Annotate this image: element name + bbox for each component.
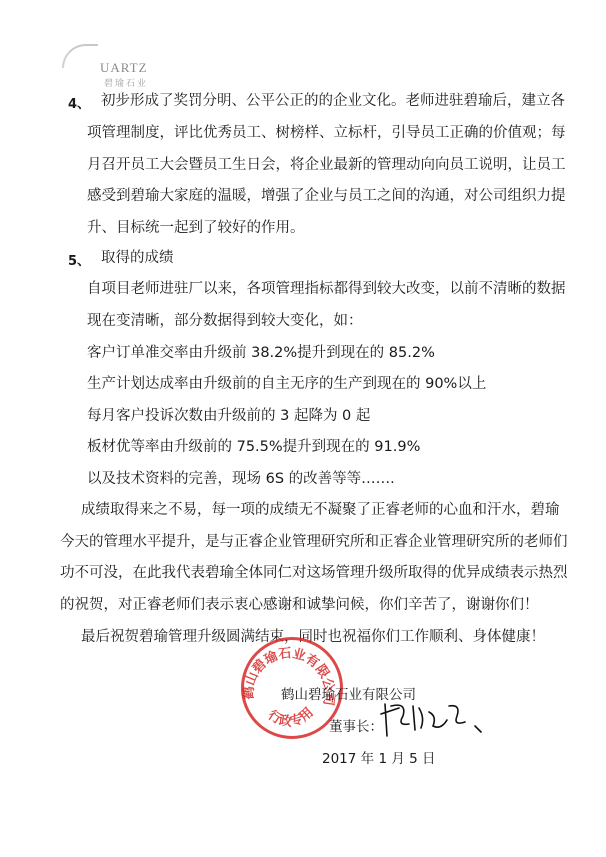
text-line: 自项目老师进驻厂以来，各项管理指标都得到较大改变，以前不清晰的数据 (87, 279, 566, 299)
logo-cn: 碧瑜石业 (104, 76, 148, 89)
section-title: 取得的成绩 (101, 248, 174, 268)
text-line: 升、目标统一起到了较好的作用。 (87, 218, 305, 238)
chairman-label: 董事长： (329, 715, 383, 735)
text-line: 今天的管理水平提升，是与正睿企业管理研究所和正睿企业管理研究所的老师们 (60, 532, 568, 552)
text-line: 的祝贺，对正睿老师们表示衷心感谢和诚挚问候，你们辛苦了，谢谢你们！ (60, 595, 539, 615)
result-item: 以及技术资料的完善，现场 6S 的改善等等……. (87, 469, 395, 489)
text-line: 功不可没，在此我代表碧瑜全体同仁对这场管理升级所取得的优异成绩表示热烈 (60, 563, 568, 583)
handwritten-signature-icon (377, 696, 497, 741)
text-line: 感受到碧瑜大家庭的温暖，增强了企业与员工之间的沟通，对公司组织力提 (87, 186, 566, 206)
text-line: 成绩取得来之不易，每一项的成绩无不凝聚了正睿老师的心血和汗水，碧瑜 (81, 500, 560, 520)
text-line: 项管理制度，评比优秀员工、树榜样、立标杆，引导员工正确的价值观；每 (87, 123, 566, 143)
text-line: 现在变清晰，部分数据得到较大变化，如： (87, 311, 363, 331)
signing-date: 2017 年 1 月 5 日 (322, 747, 436, 767)
section-number: 5、 (68, 250, 90, 269)
result-item: 客户订单准交率由升级前 38.2%提升到现在的 85.2% (87, 343, 435, 363)
result-item: 生产计划达成率由升级前的自主无序的生产到现在的 90%以上 (87, 374, 486, 394)
text-line: 初步形成了奖罚分明、公平公正的的企业文化。老师进驻碧瑜后，建立各 (101, 91, 565, 111)
section-number: 4、 (68, 93, 90, 112)
result-item: 板材优等率由升级前的 75.5%提升到现在的 91.9% (87, 437, 420, 457)
svg-text:行政专用: 行政专用 (265, 705, 317, 730)
company-logo: UARTZ 碧瑜石业 (62, 40, 182, 80)
logo-word: UARTZ (100, 60, 148, 76)
text-line: 月召开员工大会暨员工生日会，将企业最新的管理动向向员工说明，让员工 (87, 155, 566, 175)
logo-arc-icon (62, 44, 98, 68)
result-item: 每月客户投诉次数由升级前的 3 起降为 0 起 (87, 406, 370, 426)
